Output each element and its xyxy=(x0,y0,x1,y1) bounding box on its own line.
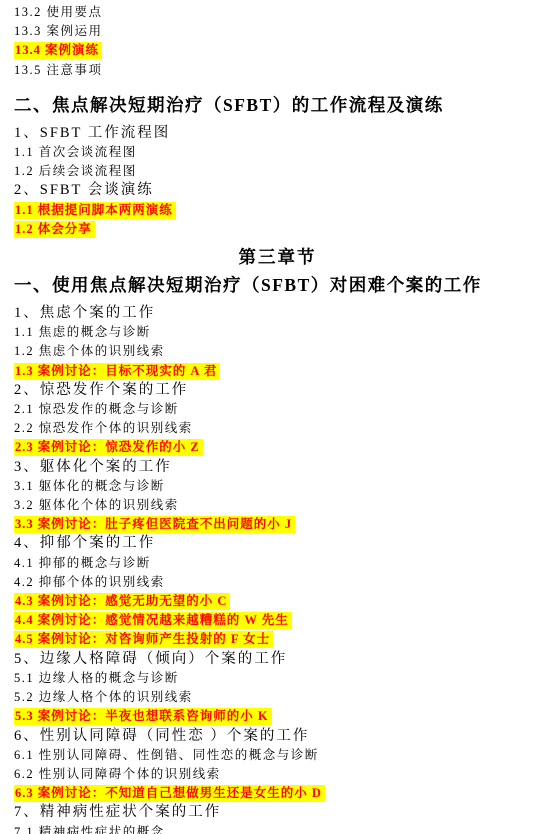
toc-line: 7、精神病性症状个案的工作 xyxy=(14,803,541,822)
toc-line: 3.2 躯体化个体的识别线索 xyxy=(14,496,541,515)
highlighted-text: 3.3 案例讨论：肚子疼但医院查不出问题的小 J xyxy=(14,516,295,533)
highlighted-text: 2.3 案例讨论：惊恐发作的小 Z xyxy=(14,439,203,456)
toc-line: 1.2 焦虑个体的识别线索 xyxy=(14,342,541,361)
highlighted-text: 4.4 案例讨论：感觉情况越来越糟糕的 W 先生 xyxy=(14,612,292,629)
toc-line-highlighted: 13.4 案例演练 xyxy=(14,41,541,60)
toc-line-highlighted: 1.1 根据提问脚本两两演练 xyxy=(14,201,541,220)
toc-line: 5.1 边缘人格的概念与诊断 xyxy=(14,669,541,688)
toc-line: 7.1 精神病性症状的概念 xyxy=(14,823,541,834)
toc-line: 5.2 边缘人格个体的识别线索 xyxy=(14,688,541,707)
toc-line: 1.1 首次会谈流程图 xyxy=(14,143,541,162)
toc-line-highlighted: 1.2 体会分享 xyxy=(14,220,541,239)
toc-line: 13.3 案例运用 xyxy=(14,22,541,41)
highlighted-text: 5.3 案例讨论：半夜也想联系咨询师的小 K xyxy=(14,708,272,725)
outline-list: 13.2 使用要点13.3 案例运用13.4 案例演练13.5 注意事项二、焦点… xyxy=(14,3,541,834)
toc-line: 13.2 使用要点 xyxy=(14,3,541,22)
toc-line: 13.5 注意事项 xyxy=(14,61,541,80)
toc-line: 2.2 惊恐发作个体的识别线索 xyxy=(14,419,541,438)
toc-line: 6.1 性别认同障碍、性倒错、同性恋的概念与诊断 xyxy=(14,746,541,765)
toc-line-highlighted: 2.3 案例讨论：惊恐发作的小 Z xyxy=(14,438,541,457)
toc-line: 4.2 抑郁个体的识别线索 xyxy=(14,573,541,592)
document-page: 13.2 使用要点13.3 案例运用13.4 案例演练13.5 注意事项二、焦点… xyxy=(0,0,549,834)
section-heading: 一、使用焦点解决短期治疗（SFBT）对困难个案的工作 xyxy=(14,274,541,296)
toc-line: 4.1 抑郁的概念与诊断 xyxy=(14,554,541,573)
toc-line: 1、SFBT 工作流程图 xyxy=(14,124,541,143)
toc-line: 6、性别认同障碍（同性恋 ）个案的工作 xyxy=(14,727,541,746)
toc-line-highlighted: 4.3 案例讨论：感觉无助无望的小 C xyxy=(14,592,541,611)
chapter-heading: 第三章节 xyxy=(14,247,541,268)
toc-line-highlighted: 6.3 案例讨论：不知道自己想做男生还是女生的小 D xyxy=(14,784,541,803)
highlighted-text: 1.3 案例讨论：目标不现实的 A 君 xyxy=(14,363,220,380)
toc-line: 1、焦虑个案的工作 xyxy=(14,304,541,323)
toc-line: 2、SFBT 会谈演练 xyxy=(14,181,541,200)
toc-line: 6.2 性别认同障碍个体的识别线索 xyxy=(14,765,541,784)
toc-line: 1.1 焦虑的概念与诊断 xyxy=(14,323,541,342)
highlighted-text: 1.2 体会分享 xyxy=(14,221,95,238)
toc-line: 2、惊恐发作个案的工作 xyxy=(14,381,541,400)
highlighted-text: 13.4 案例演练 xyxy=(14,42,102,59)
highlighted-text: 6.3 案例讨论：不知道自己想做男生还是女生的小 D xyxy=(14,785,325,802)
section-heading: 二、焦点解决短期治疗（SFBT）的工作流程及演练 xyxy=(14,94,541,116)
toc-line: 2.1 惊恐发作的概念与诊断 xyxy=(14,400,541,419)
toc-line-highlighted: 3.3 案例讨论：肚子疼但医院查不出问题的小 J xyxy=(14,515,541,534)
highlighted-text: 4.3 案例讨论：感觉无助无望的小 C xyxy=(14,593,230,610)
highlighted-text: 1.1 根据提问脚本两两演练 xyxy=(14,202,176,219)
toc-line: 4、抑郁个案的工作 xyxy=(14,534,541,553)
toc-line: 1.2 后续会谈流程图 xyxy=(14,162,541,181)
toc-line-highlighted: 4.4 案例讨论：感觉情况越来越糟糕的 W 先生 xyxy=(14,611,541,630)
toc-line-highlighted: 5.3 案例讨论：半夜也想联系咨询师的小 K xyxy=(14,707,541,726)
toc-line-highlighted: 1.3 案例讨论：目标不现实的 A 君 xyxy=(14,362,541,381)
highlighted-text: 4.5 案例讨论：对咨询师产生投射的 F 女士 xyxy=(14,631,273,648)
toc-line-highlighted: 4.5 案例讨论：对咨询师产生投射的 F 女士 xyxy=(14,630,541,649)
toc-line: 3.1 躯体化的概念与诊断 xyxy=(14,477,541,496)
toc-line: 3、躯体化个案的工作 xyxy=(14,458,541,477)
toc-line: 5、边缘人格障碍（倾向）个案的工作 xyxy=(14,650,541,669)
